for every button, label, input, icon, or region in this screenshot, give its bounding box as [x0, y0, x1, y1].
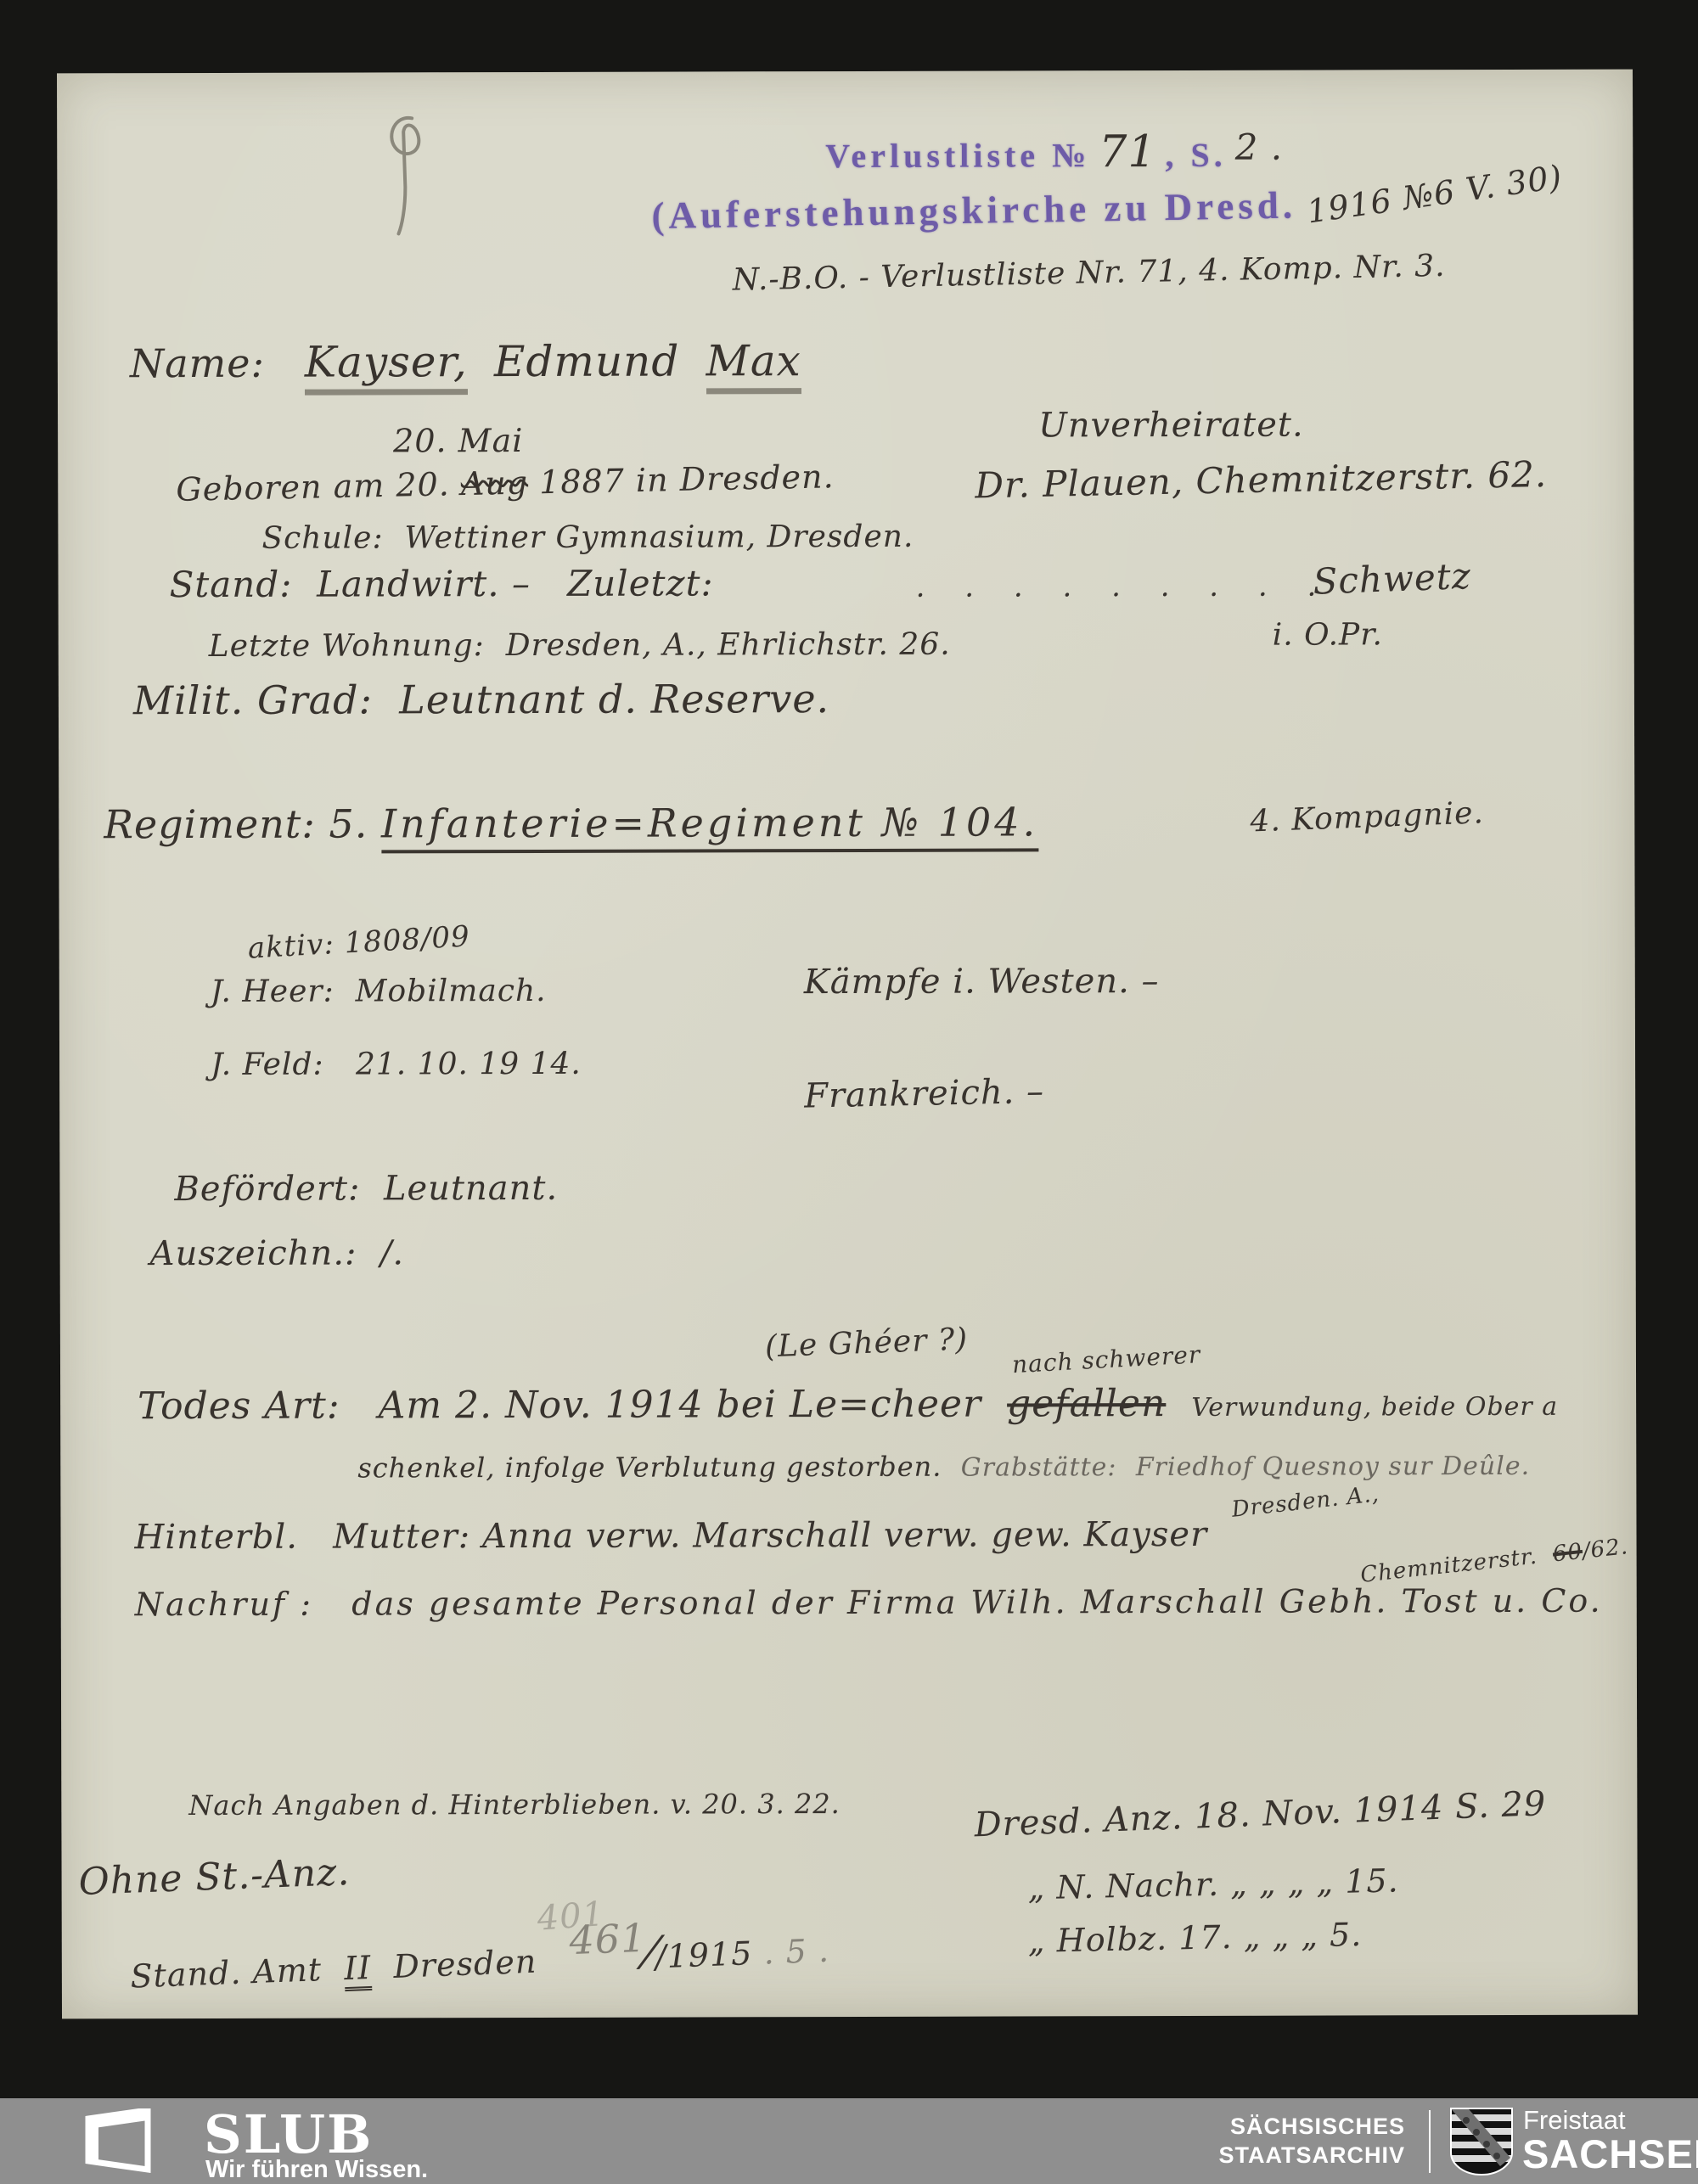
registry-number-ink-ghost: 401	[536, 1895, 605, 1939]
ref-neueste-nachrichten: „ N. Nachr. „ „ „ „ 15.	[1027, 1861, 1399, 1906]
survivor-address-street: Chemnitzerstr. 60/62.	[1359, 1534, 1629, 1588]
stamp-text: (Auferstehungskirche zu Dresd.	[651, 184, 1296, 238]
note-standesamt: Stand. Amt II Dresden 461⁄/1915 . 5 .	[129, 1908, 830, 1999]
tod-line2: schenkel, infolge Verblutung gestorben.	[357, 1451, 942, 1485]
field-label: J. Feld:	[211, 1047, 324, 1082]
field-military-grade: Milit. Grad: Leutnant d. Reserve.	[133, 676, 829, 723]
field-frankreich: Frankreich. –	[804, 1072, 1045, 1116]
staatsarchiv-line2: STAATSARCHIV	[1172, 2141, 1405, 2170]
birth-date-correction: 20. Mai	[393, 422, 523, 459]
hinterbl-value: Mutter: Anna verw. Marschall verw. gew. …	[333, 1515, 1207, 1557]
field-label: Befördert:	[174, 1170, 360, 1210]
stamp-auferstehungskirche: (Auferstehungskirche zu Dresd. 1916 №6 V…	[651, 173, 1564, 238]
field-kompagnie: 4. Kompagnie.	[1250, 795, 1485, 839]
handwritten-stamp-addition: 1916 №6 V. 30)	[1305, 158, 1565, 231]
field-label: Schule:	[261, 520, 383, 555]
footer-bar: SLUB Wir führen Wissen. SÄCHSISCHES STAA…	[0, 2098, 1698, 2184]
grab-label: Grabstätte:	[961, 1452, 1117, 1482]
school-value: Wettiner Gymnasium, Dresden.	[404, 519, 914, 556]
nachruf-value: das gesamte Personal der Firma Wilh. Mar…	[351, 1582, 1603, 1623]
regiment-value: Infanterie=Regiment № 104.	[381, 799, 1038, 853]
staatsarchiv-label: SÄCHSISCHES STAATSARCHIV	[1172, 2112, 1405, 2170]
field-aktiv: aktiv: 1808/09	[247, 919, 471, 965]
zuletzt-place: Schwetz	[1313, 555, 1472, 603]
registry-year: /1915	[655, 1934, 753, 1975]
field-label: J. Heer:	[211, 974, 335, 1009]
field-regiment: Regiment: 5. Infanterie=Regiment № 104.	[104, 799, 1038, 847]
field-label: Nachruf :	[135, 1586, 313, 1624]
field-label: Geboren am 20.	[176, 465, 450, 508]
heer-value: Mobilmach.	[356, 974, 547, 1009]
field-todesart-line2: schenkel, infolge Verblutung gestorben. …	[357, 1449, 1530, 1485]
pencil-mark-icon	[380, 106, 447, 267]
tod-text-cont: Verwundung, beide Ober a	[1191, 1392, 1558, 1423]
field-last-residence: Letzte Wohnung: Dresden, A., Ehrlichstr.…	[209, 627, 951, 664]
field-label: Stand:	[170, 564, 293, 605]
saxony-coat-of-arms-icon	[1448, 2107, 1515, 2176]
stamp-text: Verlustliste №	[825, 136, 1090, 175]
insert-nach-schwerer: nach schwerer	[1011, 1340, 1201, 1378]
struck-gefallen: gefallen	[1007, 1382, 1166, 1425]
stamp-verlustliste: Verlustliste № 71 , S. 2 .	[825, 126, 1283, 178]
zuletzt-dotted-line: . . . . . . . . .	[916, 570, 1332, 604]
note-hinterbliebene-date: Nach Angaben d. Hinterblieben. v. 20. 3.…	[188, 1788, 841, 1822]
standesamt-city: Dresden	[393, 1943, 537, 1985]
field-school: Schule: Wettiner Gymnasium, Dresden.	[261, 519, 914, 556]
handwritten-page-number: 2 .	[1235, 126, 1284, 168]
field-label: Auszeichn.:	[150, 1234, 357, 1274]
document-sheet: Verlustliste № 71 , S. 2 . (Auferstehung…	[57, 70, 1638, 2019]
field-born: Geboren am 20. Aug 1887 in Dresden.	[176, 458, 835, 508]
grab-value: Friedhof Quesnoy sur Deûle.	[1136, 1451, 1530, 1482]
field-label: Regiment: 5.	[104, 800, 368, 847]
note-ohne-sterbeanzeige: Ohne St.-Anz.	[78, 1850, 351, 1904]
field-befoerdert: Befördert: Leutnant.	[174, 1169, 558, 1209]
zuletzt-place-region: i. O.Pr.	[1273, 617, 1383, 652]
field-todesart: Todes Art: Am 2. Nov. 1914 bei Le=cheer …	[138, 1381, 1558, 1428]
field-ins-heer: J. Heer: Mobilmach.	[211, 974, 547, 1009]
field-kaempfe: Kämpfe i. Westen. –	[804, 962, 1160, 1002]
handwritten-nbo-line: N.-B.O. - Verlustliste Nr. 71, 4. Komp. …	[732, 249, 1446, 298]
auszeichn-value: /.	[380, 1233, 404, 1272]
sachsen-label: SACHSEN	[1522, 2131, 1698, 2177]
grad-value: Leutnant d. Reserve.	[399, 676, 829, 722]
surname: Kayser,	[305, 337, 468, 396]
ref-dresdner-anzeiger: Dresd. Anz. 18. Nov. 1914 S. 29	[974, 1784, 1547, 1844]
field-nachruf: Nachruf : das gesamte Personal der Firma…	[135, 1582, 1603, 1624]
field-auszeichnungen: Auszeichn.: /.	[150, 1233, 405, 1273]
field-ins-feld: J. Feld: 21. 10. 19 14.	[211, 1047, 582, 1082]
stand-value: Landwirt. –	[317, 563, 531, 605]
standesamt-prefix: Stand. Amt	[130, 1951, 323, 1995]
standesamt-roman: II	[343, 1949, 372, 1991]
befoerdert-value: Leutnant.	[384, 1169, 558, 1209]
field-label: Name:	[130, 340, 265, 386]
call-name: Max	[706, 336, 801, 394]
field-label: Hinterbl.	[134, 1518, 298, 1558]
field-marital-status: Unverheiratet.	[1038, 406, 1304, 446]
staatsarchiv-line1: SÄCHSISCHES	[1172, 2112, 1405, 2141]
feld-value: 21. 10. 19 14.	[356, 1047, 582, 1082]
tod-text: Am 2. Nov. 1914 bei Le=cheer	[379, 1383, 982, 1428]
field-label: Letzte Wohnung:	[209, 628, 485, 664]
struck-month: Aug	[460, 464, 528, 503]
stamp-text: , S.	[1165, 136, 1226, 174]
field-current-address: Dr. Plauen, Chemnitzerstr. 62.	[975, 453, 1548, 507]
birth-rest: 1887 in Dresden.	[539, 458, 835, 501]
field-hinterbliebene: Hinterbl. Mutter: Anna verw. Marschall v…	[134, 1515, 1207, 1557]
given-name: Edmund	[494, 337, 679, 387]
ref-holbz: „ Holbz. 17. „ „ „ 5.	[1027, 1916, 1362, 1960]
scan-page: { "stamps": { "line1_prefix": "Verlustli…	[0, 0, 1698, 2184]
field-name: Name: Kayser, Edmund Max	[130, 336, 801, 387]
zuletzt-label: Zuletzt:	[567, 562, 714, 604]
survivor-address-city: Dresden. A.,	[1230, 1481, 1380, 1523]
handwritten-list-number: 71	[1099, 126, 1156, 177]
field-label: Milit. Grad:	[133, 677, 373, 723]
place-query-note: (Le Ghéer ?)	[764, 1322, 969, 1364]
wohnung-value: Dresden, A., Ehrlichstr. 26.	[506, 627, 951, 663]
field-label: Todes Art:	[138, 1384, 340, 1429]
slub-book-icon	[73, 2108, 196, 2176]
slub-claim-text: Wir führen Wissen.	[205, 2156, 428, 2184]
footer-divider	[1429, 2110, 1431, 2173]
field-stand: Stand: Landwirt. – Zuletzt:	[170, 562, 714, 605]
registry-suffix-pencil: . 5 .	[763, 1932, 830, 1972]
struck-house-number: 60	[1551, 1539, 1583, 1568]
house-number: /62.	[1581, 1534, 1629, 1564]
